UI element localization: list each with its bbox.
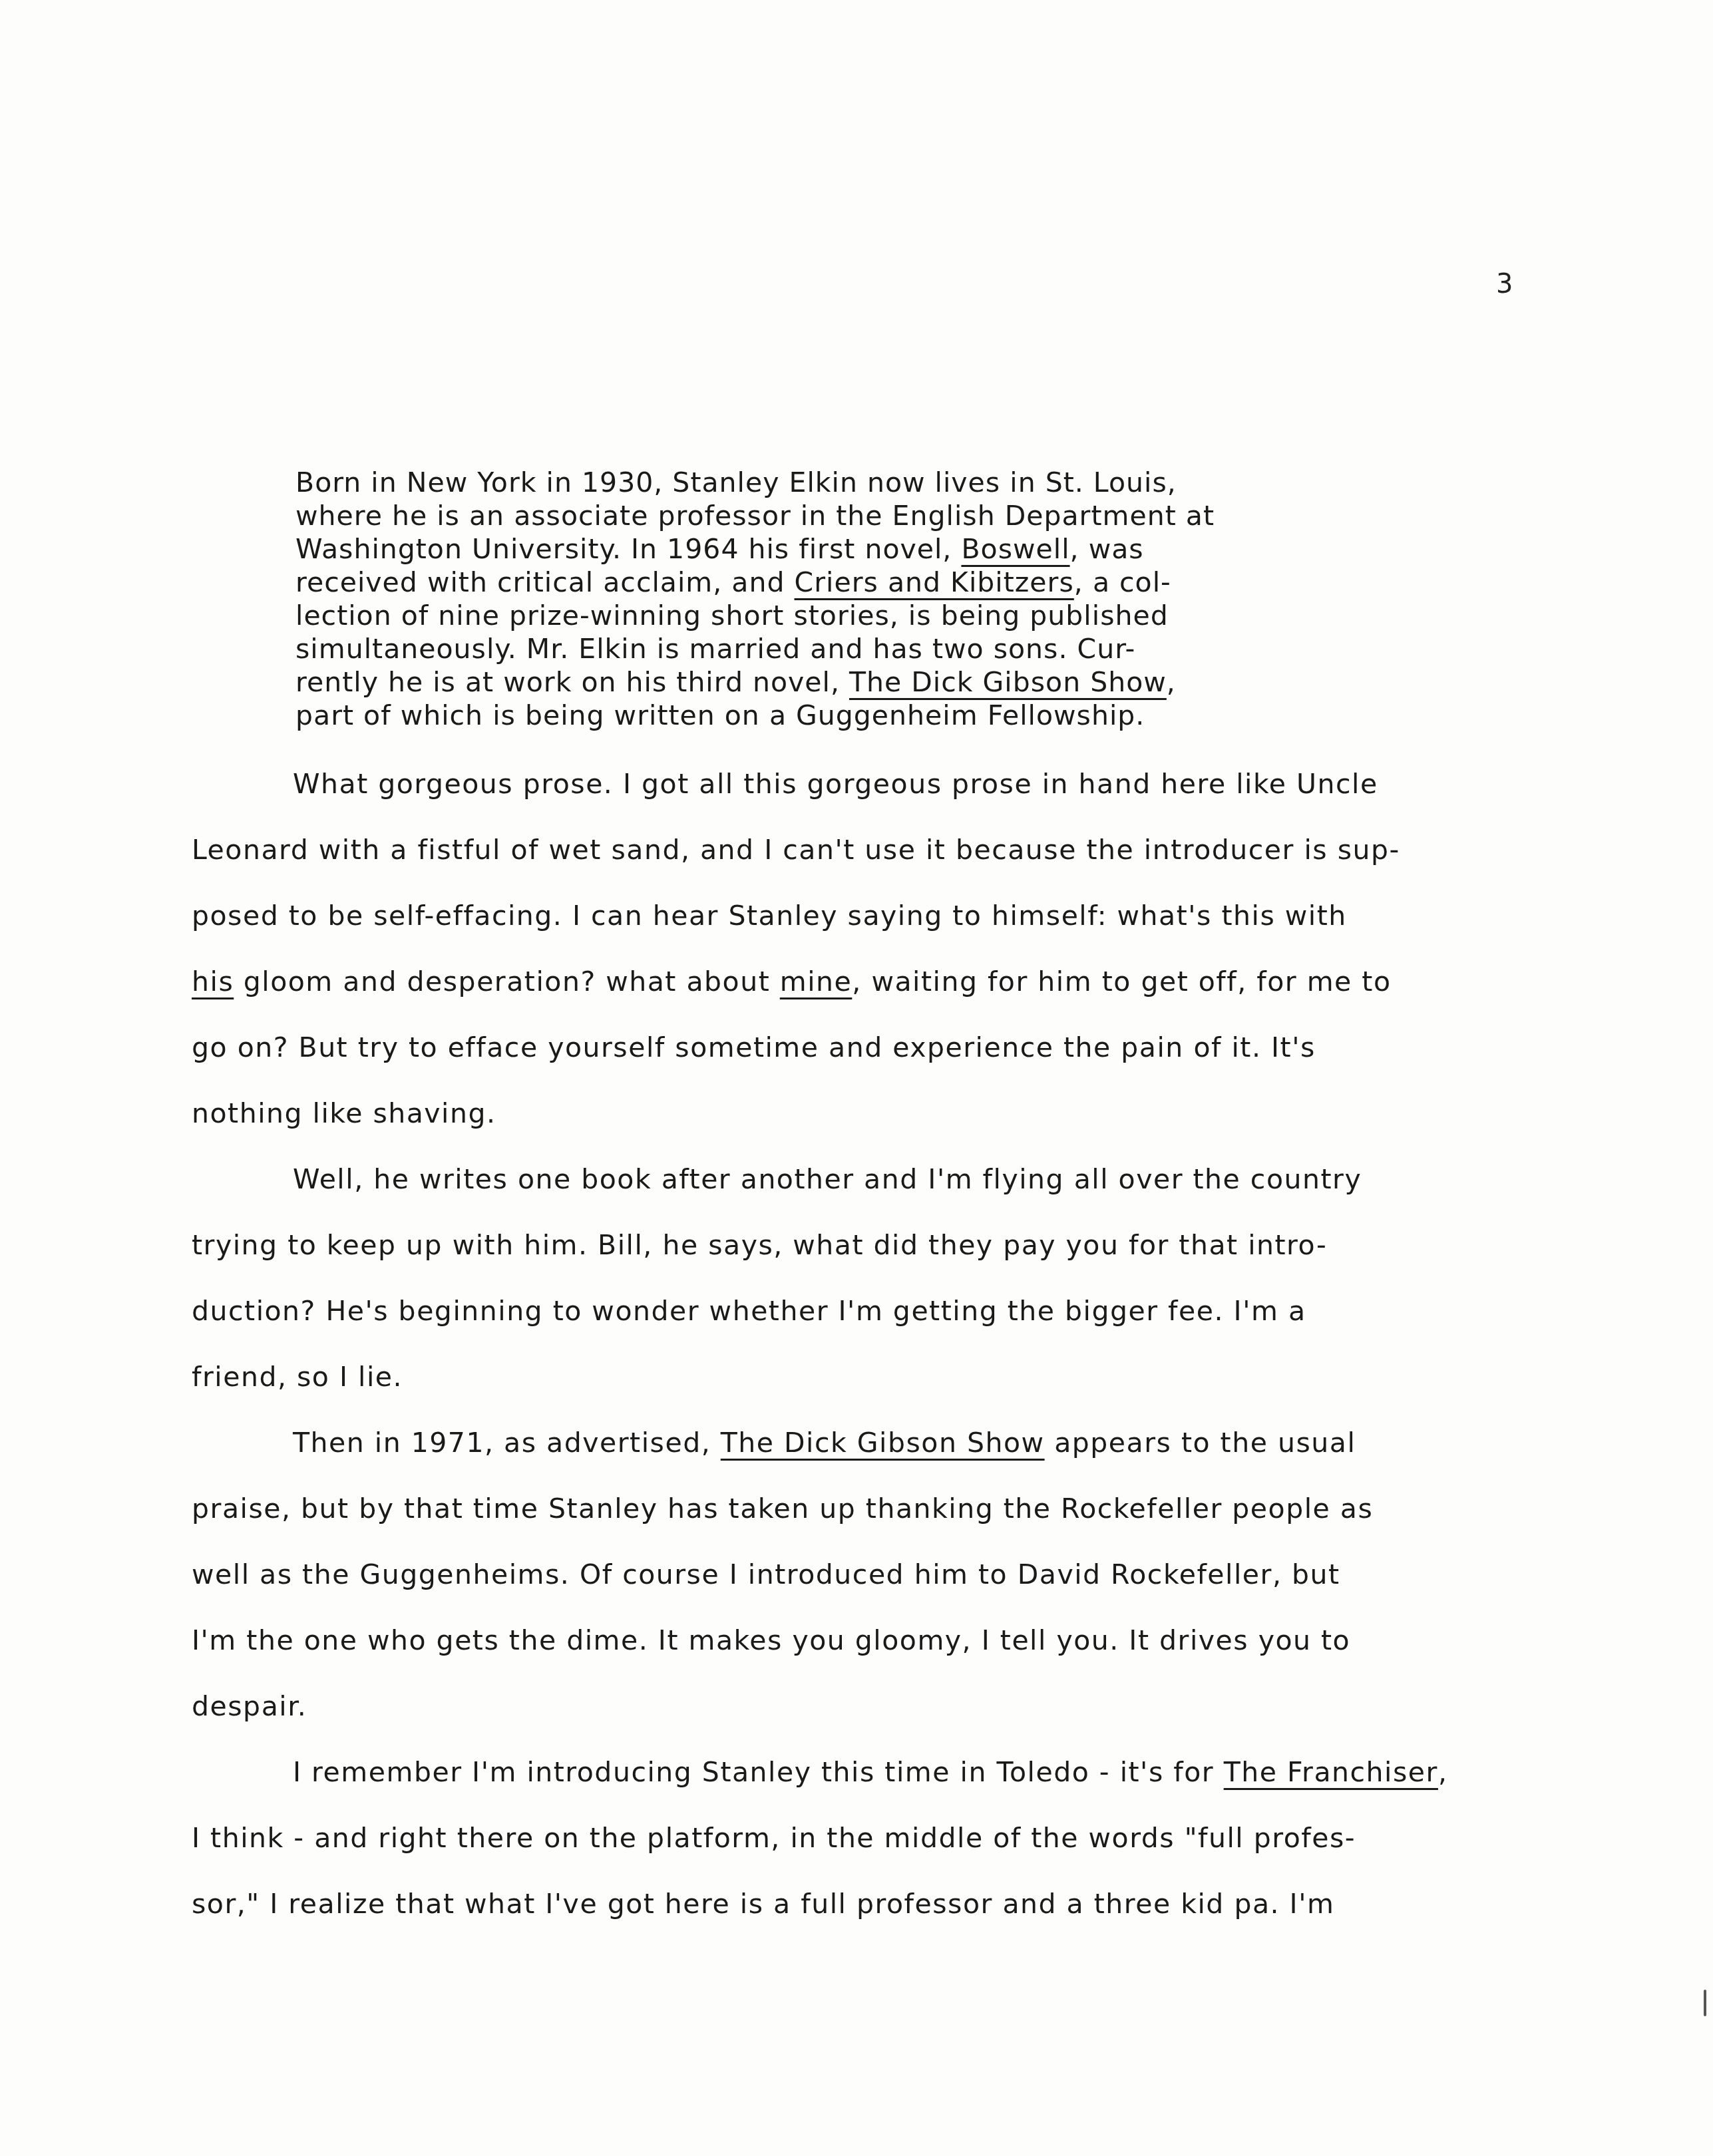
text-line: praise, but by that time Stanley has tak… bbox=[192, 1489, 1616, 1554]
scan-edge-mark bbox=[1704, 1990, 1706, 2016]
bio-line: lection of nine prize-winning short stor… bbox=[295, 599, 1374, 632]
book-title: The Franchiser bbox=[1224, 1756, 1438, 1788]
book-title: The Dick Gibson Show bbox=[849, 666, 1167, 698]
bio-line: simultaneously. Mr. Elkin is married and… bbox=[295, 632, 1374, 665]
text-line: I'm the one who gets the dime. It makes … bbox=[192, 1620, 1616, 1686]
text-line: nothing like shaving. bbox=[192, 1093, 1616, 1159]
text-line: go on? But try to efface yourself someti… bbox=[192, 1027, 1616, 1093]
bio-line: received with critical acclaim, and Crie… bbox=[295, 566, 1374, 599]
text-line: Leonard with a fistful of wet sand, and … bbox=[192, 830, 1616, 896]
bio-line: part of which is being written on a Gugg… bbox=[295, 699, 1374, 732]
bio-line: Born in New York in 1930, Stanley Elkin … bbox=[295, 466, 1374, 499]
author-bio-block: Born in New York in 1930, Stanley Elkin … bbox=[295, 466, 1374, 732]
text-line: his gloom and desperation? what about mi… bbox=[192, 962, 1616, 1027]
text-line: duction? He's beginning to wonder whethe… bbox=[192, 1291, 1616, 1357]
text-line: sor," I realize that what I've got here … bbox=[192, 1884, 1616, 1950]
book-title: The Dick Gibson Show bbox=[721, 1427, 1045, 1459]
text-line: posed to be self-effacing. I can hear St… bbox=[192, 896, 1616, 962]
body-text: What gorgeous prose. I got all this gorg… bbox=[192, 764, 1616, 1950]
emphasis-word: mine bbox=[780, 966, 853, 997]
text-line: What gorgeous prose. I got all this gorg… bbox=[192, 764, 1616, 830]
text-line: well as the Guggenheims. Of course I int… bbox=[192, 1554, 1616, 1620]
book-title: Boswell bbox=[961, 533, 1069, 565]
bio-line: where he is an associate professor in th… bbox=[295, 499, 1374, 532]
bio-line: rently he is at work on his third novel,… bbox=[295, 665, 1374, 699]
text-line: trying to keep up with him. Bill, he say… bbox=[192, 1225, 1616, 1291]
text-line: Well, he writes one book after another a… bbox=[192, 1159, 1616, 1225]
page-number: 3 bbox=[1496, 269, 1513, 299]
text-line: I remember I'm introducing Stanley this … bbox=[192, 1752, 1616, 1818]
text-line: Then in 1971, as advertised, The Dick Gi… bbox=[192, 1423, 1616, 1489]
text-line: I think - and right there on the platfor… bbox=[192, 1818, 1616, 1884]
text-line: despair. bbox=[192, 1686, 1616, 1752]
book-title: Criers and Kibitzers bbox=[795, 566, 1074, 598]
emphasis-word: his bbox=[192, 966, 234, 997]
text-line: friend, so I lie. bbox=[192, 1357, 1616, 1423]
bio-line: Washington University. In 1964 his first… bbox=[295, 532, 1374, 566]
